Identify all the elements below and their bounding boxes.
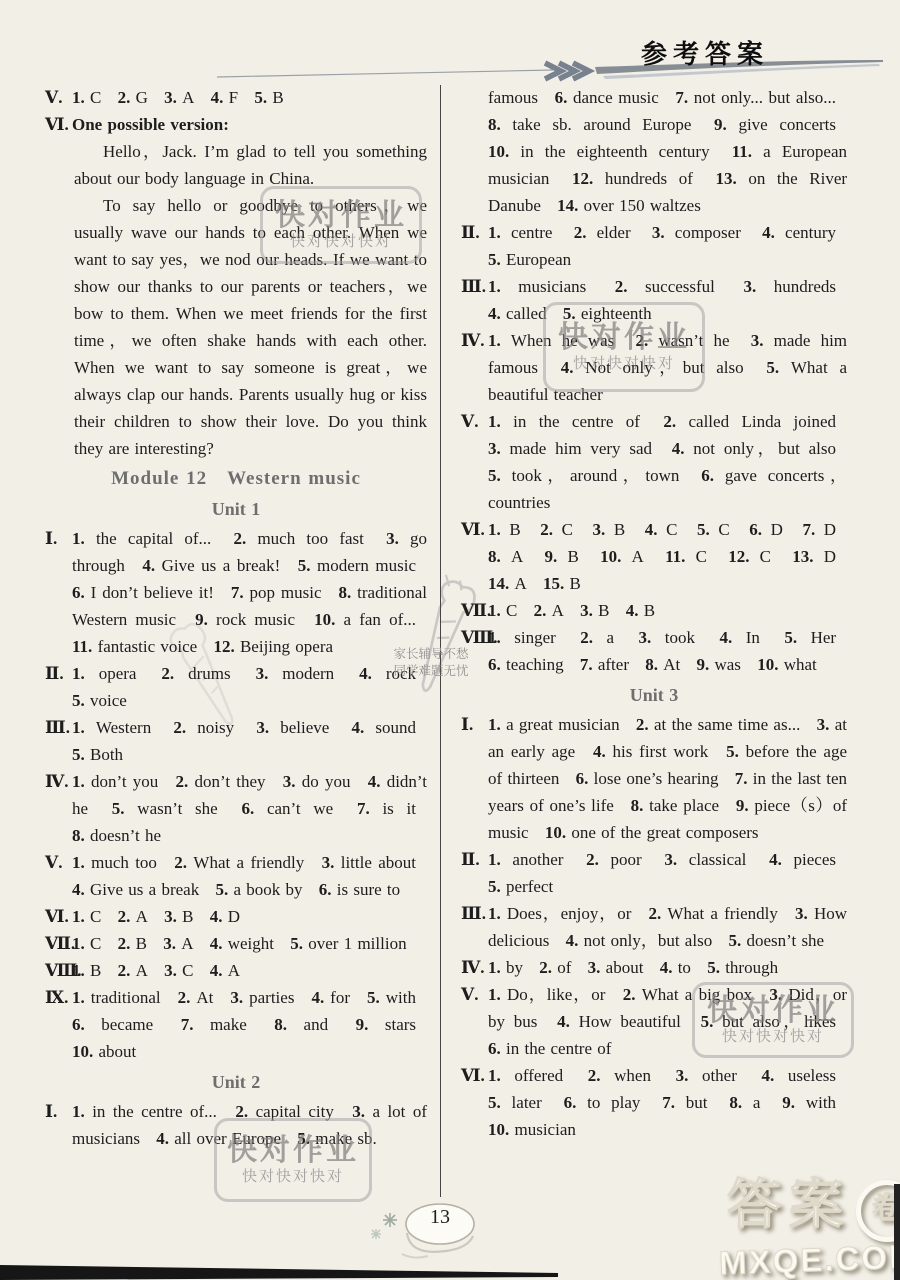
answer-item: 5. voice [72, 691, 127, 710]
answer-item: 13. D [792, 547, 836, 566]
answer-number: 1. [488, 985, 501, 1004]
answer-item: 4. sound [351, 718, 416, 737]
answer-item: 3. B [164, 907, 193, 926]
answer-number: 4. [762, 223, 775, 242]
answer-item: 2. when [588, 1066, 651, 1085]
answer-number: 3. [488, 439, 501, 458]
answer-item: 1. B [488, 520, 521, 539]
answer-number: 13. [792, 547, 813, 566]
bottom-edge-bar [0, 1262, 560, 1280]
answer-item: 5. but also，likes [701, 1012, 836, 1031]
roman-numeral-label: Ⅱ. [45, 660, 72, 687]
answer-number: 4. [351, 718, 364, 737]
answer-item: 4. A [210, 961, 240, 980]
answer-item: 4. In [719, 628, 759, 647]
answer-item: 7. not only... but also... [675, 88, 836, 107]
answer-item: 8. and [274, 1015, 328, 1034]
answer-number: 3. [751, 331, 764, 350]
answer-item: 1. opera [72, 664, 136, 683]
answer-number: 13. [715, 169, 736, 188]
answer-number: 8. [488, 547, 501, 566]
left-column: Ⅴ.1. C 2. G 3. A 4. F 5. B Ⅵ.One possibl… [45, 84, 427, 1152]
roman-numeral-label: Ⅲ. [461, 273, 488, 300]
answer-block: Ⅴ.1. much too 2. What a friendly 3. litt… [45, 849, 427, 903]
answer-number: 5. [701, 1012, 714, 1031]
answer-item: 3. B [580, 601, 609, 620]
answer-number: 5. [297, 1129, 310, 1148]
answer-number: 2. [118, 88, 131, 107]
answer-item: 12. C [728, 547, 771, 566]
answer-item: 6. lose one’s hearing [576, 769, 719, 788]
answer-item: 1. centre [488, 223, 552, 242]
answer-item: 1. offered [488, 1066, 563, 1085]
answer-item: 10. what [757, 655, 817, 674]
answer-item: 4. for [311, 988, 350, 1007]
answer-number: 1. [72, 961, 85, 980]
answer-number: 7. [662, 1093, 675, 1112]
answer-number: 5. [488, 250, 501, 269]
answer-number: 1. [488, 412, 501, 431]
answer-item: 4. Give us a break [72, 880, 199, 899]
roman-numeral-label: Ⅴ. [45, 849, 72, 876]
answer-item: 8. At [645, 655, 680, 674]
slogan-line: 同学难题无忧 [383, 663, 479, 680]
answer-number: 7. [802, 520, 815, 539]
answer-item: 3. C [164, 961, 193, 980]
answer-item: 1. C [72, 934, 101, 953]
answer-number: 5. [488, 1093, 501, 1112]
answer-item: 5. eighteenth [563, 304, 652, 323]
answer-number: 5. [784, 628, 797, 647]
answer-number: 3. [676, 1066, 689, 1085]
answer-item: 12. Beijing opera [213, 637, 333, 656]
answer-item: 3. classical [664, 850, 746, 869]
answer-item: 4. his first work [593, 742, 708, 761]
answer-number: 15. [543, 574, 564, 593]
site-name-text: 答案 [727, 1175, 851, 1235]
module-heading: Module 12 Western music [45, 465, 427, 492]
answer-item: 7. after [580, 655, 629, 674]
answer-block: Ⅴ.1. Do，like，or 2. What a big box 3. Did… [461, 981, 847, 1062]
answer-item: 8. take sb. around Europe [488, 115, 691, 134]
answer-number: 1. [72, 718, 85, 737]
answer-item: 5. B [254, 88, 283, 107]
answer-item: 6. can’t we [241, 799, 333, 818]
roman-numeral-label: Ⅲ. [45, 714, 72, 741]
answer-item: 7. D [802, 520, 836, 539]
answer-item: 2. At [178, 988, 214, 1007]
answer-block: Ⅱ.1. centre 2. elder 3. composer 4. cent… [461, 219, 847, 273]
answer-number: 3. [164, 961, 177, 980]
answer-number: 3. [283, 772, 296, 791]
answer-item: 1. C [72, 907, 101, 926]
answer-number: 4. [561, 358, 574, 377]
answer-number: 5. [72, 745, 85, 764]
answer-item: 1. in the centre of... [72, 1102, 217, 1121]
roman-numeral-label: Ⅵ. [461, 1062, 488, 1089]
answer-item: 2. called Linda joined [663, 412, 836, 431]
answer-item: 4. Not only，but also [561, 358, 744, 377]
answer-item: 5. modern music [298, 556, 416, 575]
answer-number: 1. [72, 988, 85, 1007]
answer-number: 3. [230, 988, 243, 1007]
answer-number: 1. [72, 88, 85, 107]
answer-number: 6. [319, 880, 332, 899]
page-number: 13 [417, 1206, 463, 1229]
answer-item: 3. A [163, 934, 193, 953]
answer-block: Ⅰ.1. a great musician 2. at the same tim… [461, 711, 847, 846]
answer-number: 5. [254, 88, 267, 107]
answer-item: 5. wasn’t she [112, 799, 218, 818]
answer-item: 3. took [639, 628, 695, 647]
answer-item: 5. make sb. [297, 1129, 376, 1148]
answer-item: 10. musician [488, 1120, 576, 1139]
answer-item: 5. Both [72, 745, 123, 764]
answer-number: 4. [210, 934, 223, 953]
answer-item: 3. modern [256, 664, 335, 683]
answer-number: 6. [72, 583, 85, 602]
column-divider [440, 85, 441, 1197]
answer-item: 2. elder [574, 223, 631, 242]
answer-number: 9. [736, 796, 749, 815]
answer-number: 5. [697, 520, 710, 539]
answer-number: 1. [488, 628, 501, 647]
answer-number: 6. [488, 1039, 501, 1058]
unit-heading: Unit 3 [461, 682, 847, 709]
answer-block: Ⅷ.1. B 2. A 3. C 4. A [45, 957, 427, 984]
answer-item: 6. D [749, 520, 783, 539]
answer-number: 2. [118, 934, 131, 953]
answer-number: 9. [714, 115, 727, 134]
answer-number: 4. [72, 880, 85, 899]
answer-item: 4. called [488, 304, 547, 323]
site-url: MXQE.COM [718, 1239, 900, 1280]
answer-number: 2. [574, 223, 587, 242]
answer-number: 1. [72, 907, 85, 926]
answer-item: 3. about [588, 958, 644, 977]
answer-item: 2. A [118, 907, 148, 926]
answer-number: 5. [290, 934, 303, 953]
answer-item: 7. is it [357, 799, 416, 818]
answer-block: Ⅴ.1. in the centre of 2. called Linda jo… [461, 408, 847, 516]
answer-item: 2. much too fast [234, 529, 364, 548]
answer-number: 10. [545, 823, 566, 842]
answer-item: 1. by [488, 958, 523, 977]
roman-numeral-label: Ⅰ. [45, 525, 72, 552]
answer-number: 2. [173, 718, 186, 737]
answer-number: 5. [488, 466, 501, 485]
answer-item: 1. Does，enjoy，or [488, 904, 631, 923]
answer-item: 1. When he was [488, 331, 614, 350]
answer-item: 10. a fan of... [314, 610, 416, 629]
answer-number: 3. [322, 853, 335, 872]
answer-item: 1. musicians [488, 277, 586, 296]
answer-item: 6. dance music [555, 88, 659, 107]
answer-number: 2. [234, 529, 247, 548]
roman-numeral-label: Ⅱ. [461, 846, 488, 873]
answer-item: 1. singer [488, 628, 556, 647]
answer-item: 3. B [593, 520, 626, 539]
answer-item: 5. Her [784, 628, 836, 647]
essay-paragraph: Hello，Jack. I’m glad to tell you somethi… [45, 138, 427, 192]
answer-number: 1. [488, 904, 501, 923]
answer-number: 2. [580, 628, 593, 647]
answer-number: 8. [631, 796, 644, 815]
answer-number: 3. [652, 223, 665, 242]
answer-item: 2. A [118, 961, 148, 980]
answer-number: 1. [488, 1066, 501, 1085]
roman-numeral-label: Ⅴ. [461, 981, 488, 1008]
answer-item: 8. A [488, 547, 523, 566]
answer-number: 3. [386, 529, 399, 548]
roman-numeral-label: Ⅰ. [45, 1098, 72, 1125]
answer-number: 7. [357, 799, 370, 818]
roman-numeral-label: Ⅸ. [45, 984, 72, 1011]
answer-number: 2. [235, 1102, 248, 1121]
answer-block: Ⅸ.1. traditional 2. At 3. parties 4. for… [45, 984, 427, 1065]
answer-block: Ⅵ.1. C 2. A 3. B 4. D [45, 903, 427, 930]
answer-item: 1. the capital of... [72, 529, 211, 548]
answer-number: 4. [368, 772, 381, 791]
answer-number: 2. [539, 958, 552, 977]
answer-number: 7. [735, 769, 748, 788]
answer-number: 7. [231, 583, 244, 602]
answer-number: 10. [757, 655, 778, 674]
answer-block: famous 6. dance music 7. not only... but… [461, 84, 847, 219]
answer-item: 2. drums [161, 664, 230, 683]
answer-item: 9. rock music [195, 610, 295, 629]
answer-number: 4. [672, 439, 685, 458]
answer-number: 2. [176, 772, 189, 791]
answer-number: 4. [211, 88, 224, 107]
answer-block: Ⅶ.1. C 2. B 3. A 4. weight 5. over 1 mil… [45, 930, 427, 957]
answer-number: 3. [817, 715, 830, 734]
answer-item: 4. weight [210, 934, 274, 953]
answer-block: Ⅷ.1. singer 2. a 3. took 4. In 5. Her 6.… [461, 624, 847, 678]
answer-number: 2. [174, 853, 187, 872]
answer-item: 4. century [762, 223, 836, 242]
answer-item: 5. through [707, 958, 778, 977]
answer-item: 10. about [72, 1042, 136, 1061]
answer-number: 3. [256, 664, 269, 683]
answer-number: 10. [72, 1042, 93, 1061]
answer-number: 11. [732, 142, 752, 161]
answer-item: 6. teaching [488, 655, 564, 674]
answer-item: 6. to play [564, 1093, 641, 1112]
answer-block: Ⅲ.1. musicians 2. successful 3. hundreds… [461, 273, 847, 327]
answer-number: 8. [645, 655, 658, 674]
slogan-line: 家长辅导不愁 [383, 646, 479, 663]
answer-item: 5. C [697, 520, 730, 539]
answer-number: 3. [256, 718, 269, 737]
answer-item: 4. F [211, 88, 238, 107]
section-head-block: Ⅵ.One possible version: [45, 111, 427, 138]
answer-item: 4. How beautiful [557, 1012, 681, 1031]
answer-item: 9. B [545, 547, 579, 566]
answer-block: Ⅲ.1. Does，enjoy，or 2. What a friendly 3.… [461, 900, 847, 954]
answer-item: 3. made him very sad [488, 439, 652, 458]
answer-number: 4. [359, 664, 372, 683]
answer-number: 8. [338, 583, 351, 602]
answer-block: Ⅰ.1. in the centre of... 2. capital city… [45, 1098, 427, 1152]
answer-number: 5. [298, 556, 311, 575]
answer-block: Ⅰ.1. the capital of... 2. much too fast … [45, 525, 427, 660]
answer-item: 1. in the centre of [488, 412, 640, 431]
answer-number: 4. [719, 628, 732, 647]
answer-number: 11. [665, 547, 685, 566]
answer-number: 7. [181, 1015, 194, 1034]
roman-numeral-label: Ⅳ. [45, 768, 72, 795]
answer-block: Ⅱ.1. another 2. poor 3. classical 4. pie… [461, 846, 847, 900]
answer-item: 5. European [488, 250, 571, 269]
answer-block: Ⅳ.1. When he was 2. wasn’t he 3. made hi… [461, 327, 847, 408]
answer-number: 8. [729, 1093, 742, 1112]
answer-block: Ⅵ.1. B 2. C 3. B 4. C 5. C 6. D 7. D 8. … [461, 516, 847, 597]
roman-numeral-label: Ⅵ. [461, 516, 488, 543]
answer-number: 9. [356, 1015, 369, 1034]
site-name: 答案卷 [719, 1176, 900, 1242]
answer-block: Ⅳ.1. don’t you 2. don’t they 3. do you 4… [45, 768, 427, 849]
answer-number: 2. [118, 961, 131, 980]
answer-item: 7. pop music [231, 583, 322, 602]
answer-item: 9. was [696, 655, 740, 674]
answer-item: 2. A [534, 601, 564, 620]
answer-number: 2. [663, 412, 676, 431]
unit-heading: Unit 2 [45, 1069, 427, 1096]
answer-item: 10. one of the great composers [545, 823, 759, 842]
answer-number: 8. [72, 826, 85, 845]
answer-number: 6. [555, 88, 568, 107]
answer-item: 5. perfect [488, 877, 553, 896]
answer-number: 6. [72, 1015, 85, 1034]
answer-number: 1. [488, 520, 501, 539]
roman-numeral-label: Ⅵ. [45, 903, 72, 930]
answer-item: 5. a book by [215, 880, 302, 899]
answer-item: 11. C [665, 547, 707, 566]
answer-item: 3. other [676, 1066, 737, 1085]
answer-number: 6. [701, 466, 714, 485]
answer-number: 4. [660, 958, 673, 977]
answer-item: 1. C [72, 88, 101, 107]
answer-number: 7. [580, 655, 593, 674]
answer-item: 6. in the centre of [488, 1039, 611, 1058]
answer-number: 10. [600, 547, 621, 566]
essay-paragraph: To say hello or goodbye to others，we usu… [45, 192, 427, 462]
answer-number: 1. [488, 850, 501, 869]
answer-item: 12. hundreds of [572, 169, 693, 188]
answer-number: 4. [210, 907, 223, 926]
answer-item: 1. B [72, 961, 101, 980]
answer-number: 3. [163, 934, 176, 953]
answer-item: 2. wasn’t he [635, 331, 729, 350]
answer-item: 2. successful [615, 277, 715, 296]
answer-item: 4. useless [762, 1066, 837, 1085]
answer-item: 8. a [729, 1093, 760, 1112]
answer-item: famous [488, 88, 538, 107]
answer-number: 8. [274, 1015, 287, 1034]
answer-item: 4. D [210, 907, 240, 926]
answer-item: 9. give concerts [714, 115, 836, 134]
answer-number: 6. [749, 520, 762, 539]
answer-item: 2. What a big box [623, 985, 752, 1004]
answer-item: 3. little about [322, 853, 416, 872]
answer-item: 6. is sure to [319, 880, 400, 899]
answer-number: 5. [563, 304, 576, 323]
answer-number: 1. [72, 934, 85, 953]
answer-number: 9. [545, 547, 558, 566]
answer-item: 8. doesn’t he [72, 826, 161, 845]
page-number-badge: 13 [362, 1198, 512, 1264]
answer-number: 5. [728, 931, 741, 950]
answer-item: 1. Western [72, 718, 151, 737]
answer-number: 1. [72, 1102, 85, 1121]
slogan-watermark: 家长辅导不愁 同学难题无忧 [383, 646, 479, 680]
roman-numeral-label: Ⅴ. [461, 408, 488, 435]
answer-item: 5. doesn’t she [728, 931, 824, 950]
answer-number: 3. [580, 601, 593, 620]
answer-number: 1. [72, 529, 85, 548]
answer-number: 1. [488, 715, 501, 734]
answer-item: 14. over 150 waltzes [557, 196, 701, 215]
section-head-text: One possible version: [72, 115, 229, 134]
answer-number: 1. [72, 853, 85, 872]
answer-item: 3. A [164, 88, 194, 107]
answer-number: 5. [112, 799, 125, 818]
answer-block: Ⅵ.1. offered 2. when 3. other 4. useless… [461, 1062, 847, 1143]
answer-item: 8. take place [631, 796, 719, 815]
answer-number: 4. [645, 520, 658, 539]
answer-item: 4. to [660, 958, 691, 977]
answer-item: 10. A [600, 547, 644, 566]
answer-number: 4. [762, 1066, 775, 1085]
answer-item: 9. stars [356, 1015, 416, 1034]
answer-number: 5. [766, 358, 779, 377]
answer-item: 6. I don’t believe it! [72, 583, 214, 602]
answer-number: 4. [156, 1129, 169, 1148]
site-watermark: 答案卷 MXQE.COM [719, 1176, 900, 1278]
answer-item: 2. don’t they [176, 772, 266, 791]
answer-number: 2. [540, 520, 553, 539]
roman-numeral-label: Ⅲ. [461, 900, 488, 927]
answer-number: 3. [743, 277, 756, 296]
answer-number: 4. [311, 988, 324, 1007]
answer-item: 5. over 1 million [290, 934, 406, 953]
answer-number: 9. [195, 610, 208, 629]
answer-number: 14. [557, 196, 578, 215]
answer-item: 2. poor [586, 850, 642, 869]
answer-number: 5. [726, 742, 739, 761]
roman-numeral-label: Ⅷ. [45, 957, 72, 984]
answer-number: 2. [178, 988, 191, 1007]
answer-item: 4. C [645, 520, 678, 539]
answer-number: 1. [488, 601, 501, 620]
answer-item: 1. C [488, 601, 517, 620]
answer-item: 9. with [782, 1093, 836, 1112]
answer-block: Ⅳ.1. by 2. of 3. about 4. to 5. through [461, 954, 847, 981]
answer-item: 11. fantastic voice [72, 637, 197, 656]
answer-number: 2. [636, 715, 649, 734]
answer-number: 3. [164, 88, 177, 107]
answer-item: 4. not only，but also [566, 931, 713, 950]
answer-item: 3. believe [256, 718, 329, 737]
answer-number: 4. [593, 742, 606, 761]
answer-number: 14. [488, 574, 509, 593]
answer-number: 3. [664, 850, 677, 869]
answer-number: 4. [769, 850, 782, 869]
answer-item: 3. composer [652, 223, 741, 242]
answer-number: 3. [769, 985, 782, 1004]
roman-numeral-label: Ⅶ. [461, 597, 488, 624]
